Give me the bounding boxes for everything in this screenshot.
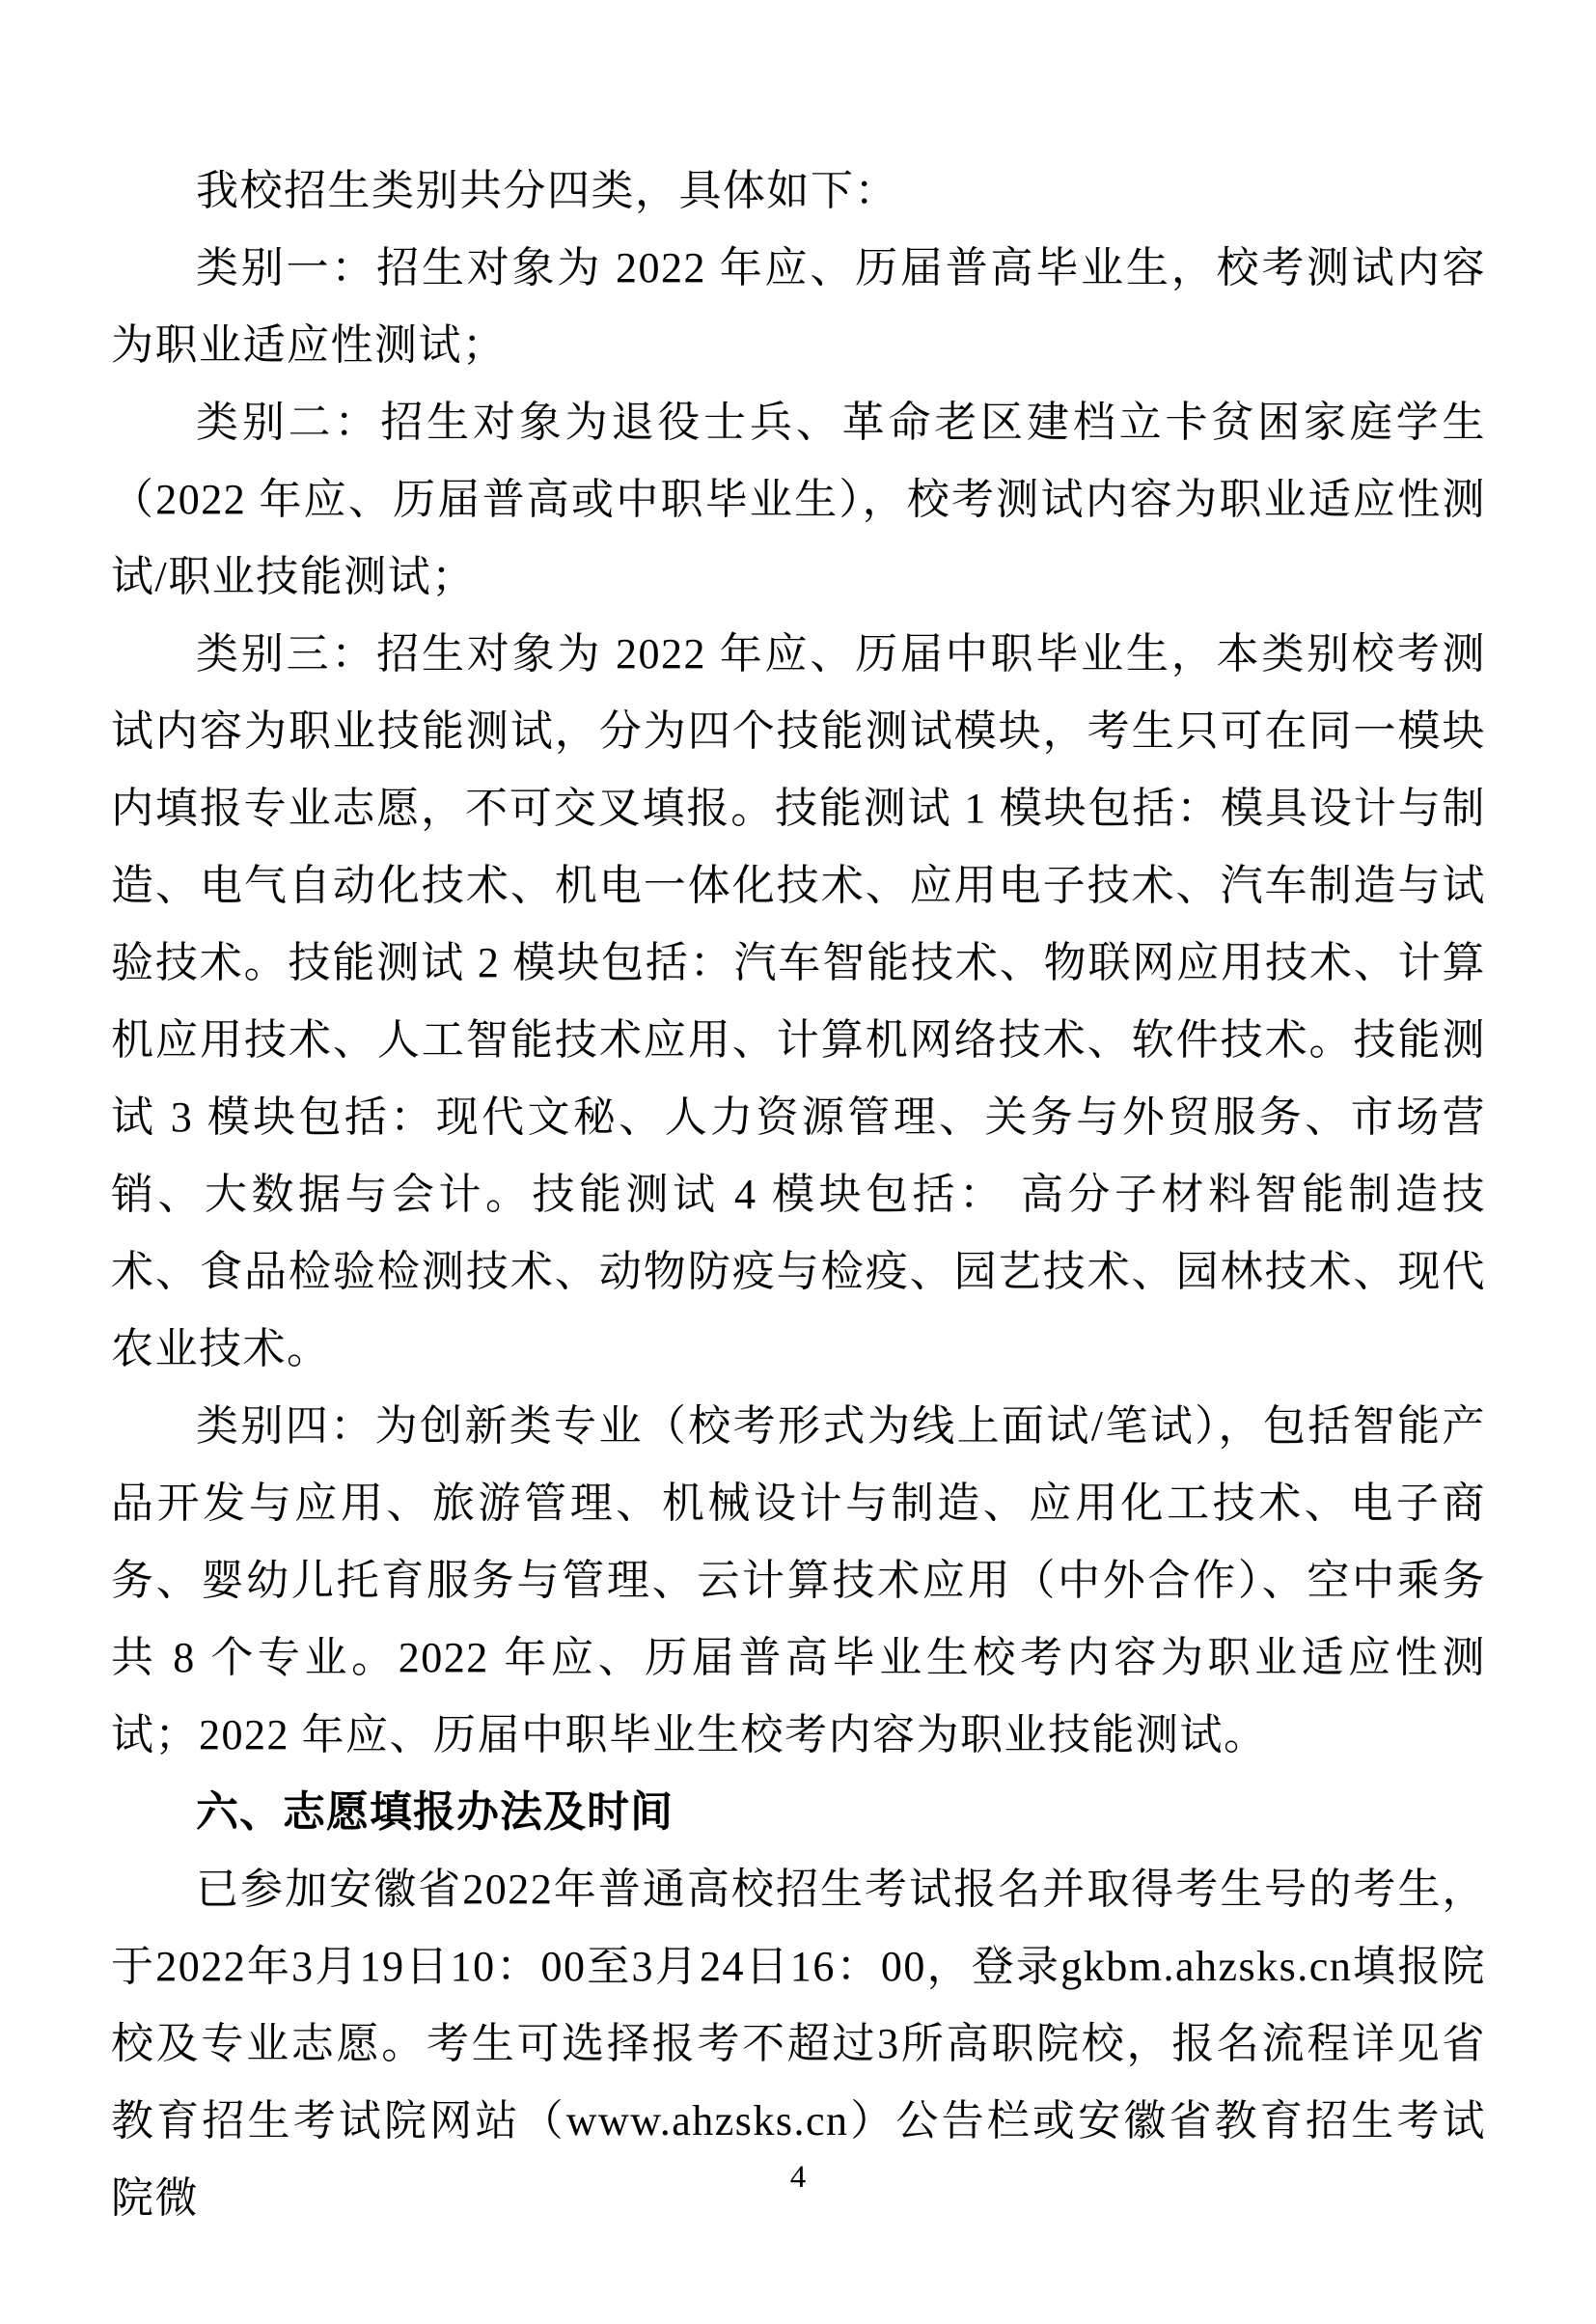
section-heading-volunteer-filling: 六、志愿填报办法及时间 — [111, 1774, 1486, 1851]
paragraph-category-2: 类别二：招生对象为退役士兵、革命老区建档立卡贫困家庭学生（2022 年应、历届普… — [111, 384, 1486, 616]
paragraph-intro: 我校招生类别共分四类，具体如下： — [111, 152, 1486, 230]
paragraph-category-4: 类别四：为创新类专业（校考形式为线上面试/笔试），包括智能产品开发与应用、旅游管… — [111, 1388, 1486, 1774]
paragraph-category-1: 类别一：招生对象为 2022 年应、历届普高毕业生，校考测试内容为职业适应性测试… — [111, 230, 1486, 384]
paragraph-category-3: 类别三：招生对象为 2022 年应、历届中职毕业生，本类别校考测试内容为职业技能… — [111, 616, 1486, 1388]
document-page: 我校招生类别共分四类，具体如下： 类别一：招生对象为 2022 年应、历届普高毕… — [0, 0, 1596, 2324]
page-number: 4 — [0, 2158, 1596, 2197]
